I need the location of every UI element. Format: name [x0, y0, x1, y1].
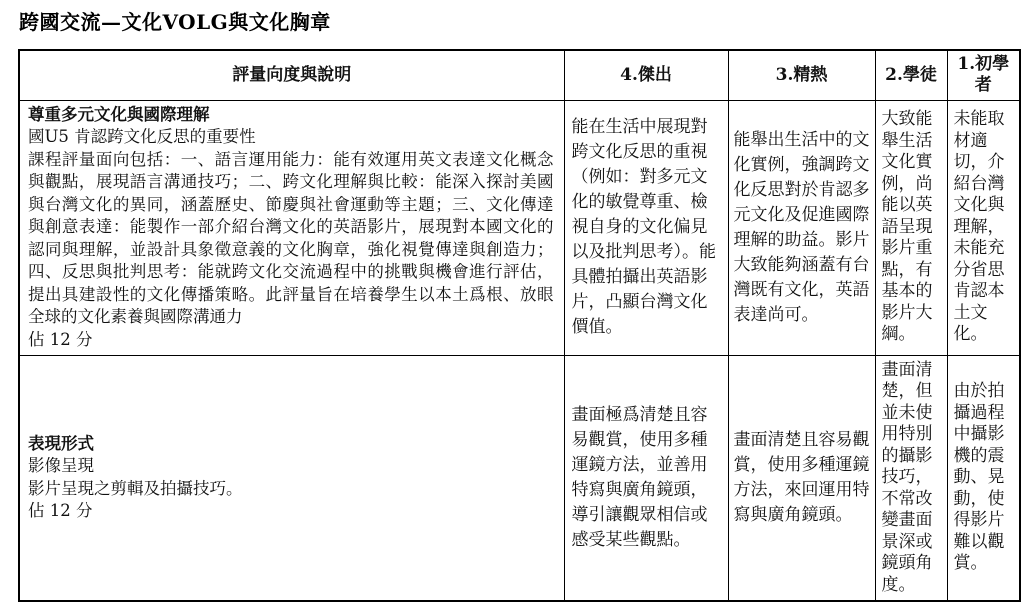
header-row: 評量向度與說明 4.傑出 3.精熱 2.學徒 1.初學者: [19, 50, 1020, 100]
page-title: 跨國交流—文化VOLG與文化胸章: [19, 6, 1020, 35]
header-level-2: 2.學徒: [875, 50, 947, 100]
level-4-text: 能在生活中展現對跨文化反思的重視（例如：對多元文化的敏覺尊重、檢視自身的文化偏見…: [572, 115, 721, 340]
level-3-cell: 能舉出生活中的文化實例，強調跨文化反思對於肯認多元文化及促進國際理解的助益。影片…: [728, 100, 875, 355]
level-1-cell: 由於拍攝過程中攝影機的震動、晃動，使得影片難以觀賞。: [947, 355, 1020, 601]
level-2-text: 畫面清楚，但並未使用特別的攝影技巧，不常改變畫面景深或鏡頭角度。: [882, 360, 941, 597]
criterion-subtitle: 國U5 肯認跨文化反思的重要性: [28, 126, 554, 149]
level-2-text: 大致能舉生活文化實例，尚能以英語呈現影片重點，有基本的影片大綱。: [882, 109, 941, 346]
level-3-cell: 畫面清楚且容易觀賞，使用多種運鏡方法，來回運用特寫與廣角鏡頭。: [728, 355, 875, 601]
header-criteria: 評量向度與說明: [19, 50, 564, 100]
criterion-description: 影片呈現之剪輯及拍攝技巧。: [28, 478, 554, 501]
level-4-cell: 畫面極爲清楚且容易觀賞，使用多種運鏡方法，並善用特寫與廣角鏡頭，導引讓觀眾相信或…: [564, 355, 728, 601]
criterion-title: 尊重多元文化與國際理解: [28, 104, 554, 127]
criterion-cell-multiculture: 尊重多元文化與國際理解 國U5 肯認跨文化反思的重要性 課程評量面向包括：一、語…: [19, 100, 564, 355]
level-1-text: 由於拍攝過程中攝影機的震動、晃動，使得影片難以觀賞。: [954, 381, 1014, 575]
header-level-3: 3.精熱: [728, 50, 875, 100]
criterion-cell-presentation: 表現形式 影像呈現 影片呈現之剪輯及拍攝技巧。 佔 12 分: [19, 355, 564, 601]
level-3-text: 能舉出生活中的文化實例，強調跨文化反思對於肯認多元文化及促進國際理解的助益。影片…: [734, 128, 870, 328]
level-1-text: 未能取材適切，介紹台灣文化與理解，未能充分省思肯認本土文化。: [954, 109, 1014, 346]
criterion-description: 課程評量面向包括：一、語言運用能力：能有效運用英文表達文化概念與觀點，展現語言溝…: [28, 149, 554, 329]
level-4-text: 畫面極爲清楚且容易觀賞，使用多種運鏡方法，並善用特寫與廣角鏡頭，導引讓觀眾相信或…: [572, 403, 721, 553]
criterion-subtitle: 影像呈現: [28, 455, 554, 478]
criterion-points: 佔 12 分: [28, 500, 554, 523]
table-row-presentation: 表現形式 影像呈現 影片呈現之剪輯及拍攝技巧。 佔 12 分 畫面極爲清楚且容易…: [19, 355, 1020, 601]
rubric-table: 評量向度與說明 4.傑出 3.精熱 2.學徒 1.初學者 尊重多元文化與國際理解…: [18, 49, 1021, 602]
level-3-text: 畫面清楚且容易觀賞，使用多種運鏡方法，來回運用特寫與廣角鏡頭。: [734, 428, 870, 528]
table-row-multiculture: 尊重多元文化與國際理解 國U5 肯認跨文化反思的重要性 課程評量面向包括：一、語…: [19, 100, 1020, 355]
level-1-cell: 未能取材適切，介紹台灣文化與理解，未能充分省思肯認本土文化。: [947, 100, 1020, 355]
header-level-4: 4.傑出: [564, 50, 728, 100]
document-page: 跨國交流—文化VOLG與文化胸章 評量向度與說明 4.傑出 3.精熱 2.學徒 …: [0, 0, 1024, 602]
criterion-points: 佔 12 分: [28, 329, 554, 352]
level-2-cell: 畫面清楚，但並未使用特別的攝影技巧，不常改變畫面景深或鏡頭角度。: [875, 355, 947, 601]
level-2-cell: 大致能舉生活文化實例，尚能以英語呈現影片重點，有基本的影片大綱。: [875, 100, 947, 355]
level-4-cell: 能在生活中展現對跨文化反思的重視（例如：對多元文化的敏覺尊重、檢視自身的文化偏見…: [564, 100, 728, 355]
criterion-title: 表現形式: [28, 433, 554, 456]
header-level-1: 1.初學者: [947, 50, 1020, 100]
